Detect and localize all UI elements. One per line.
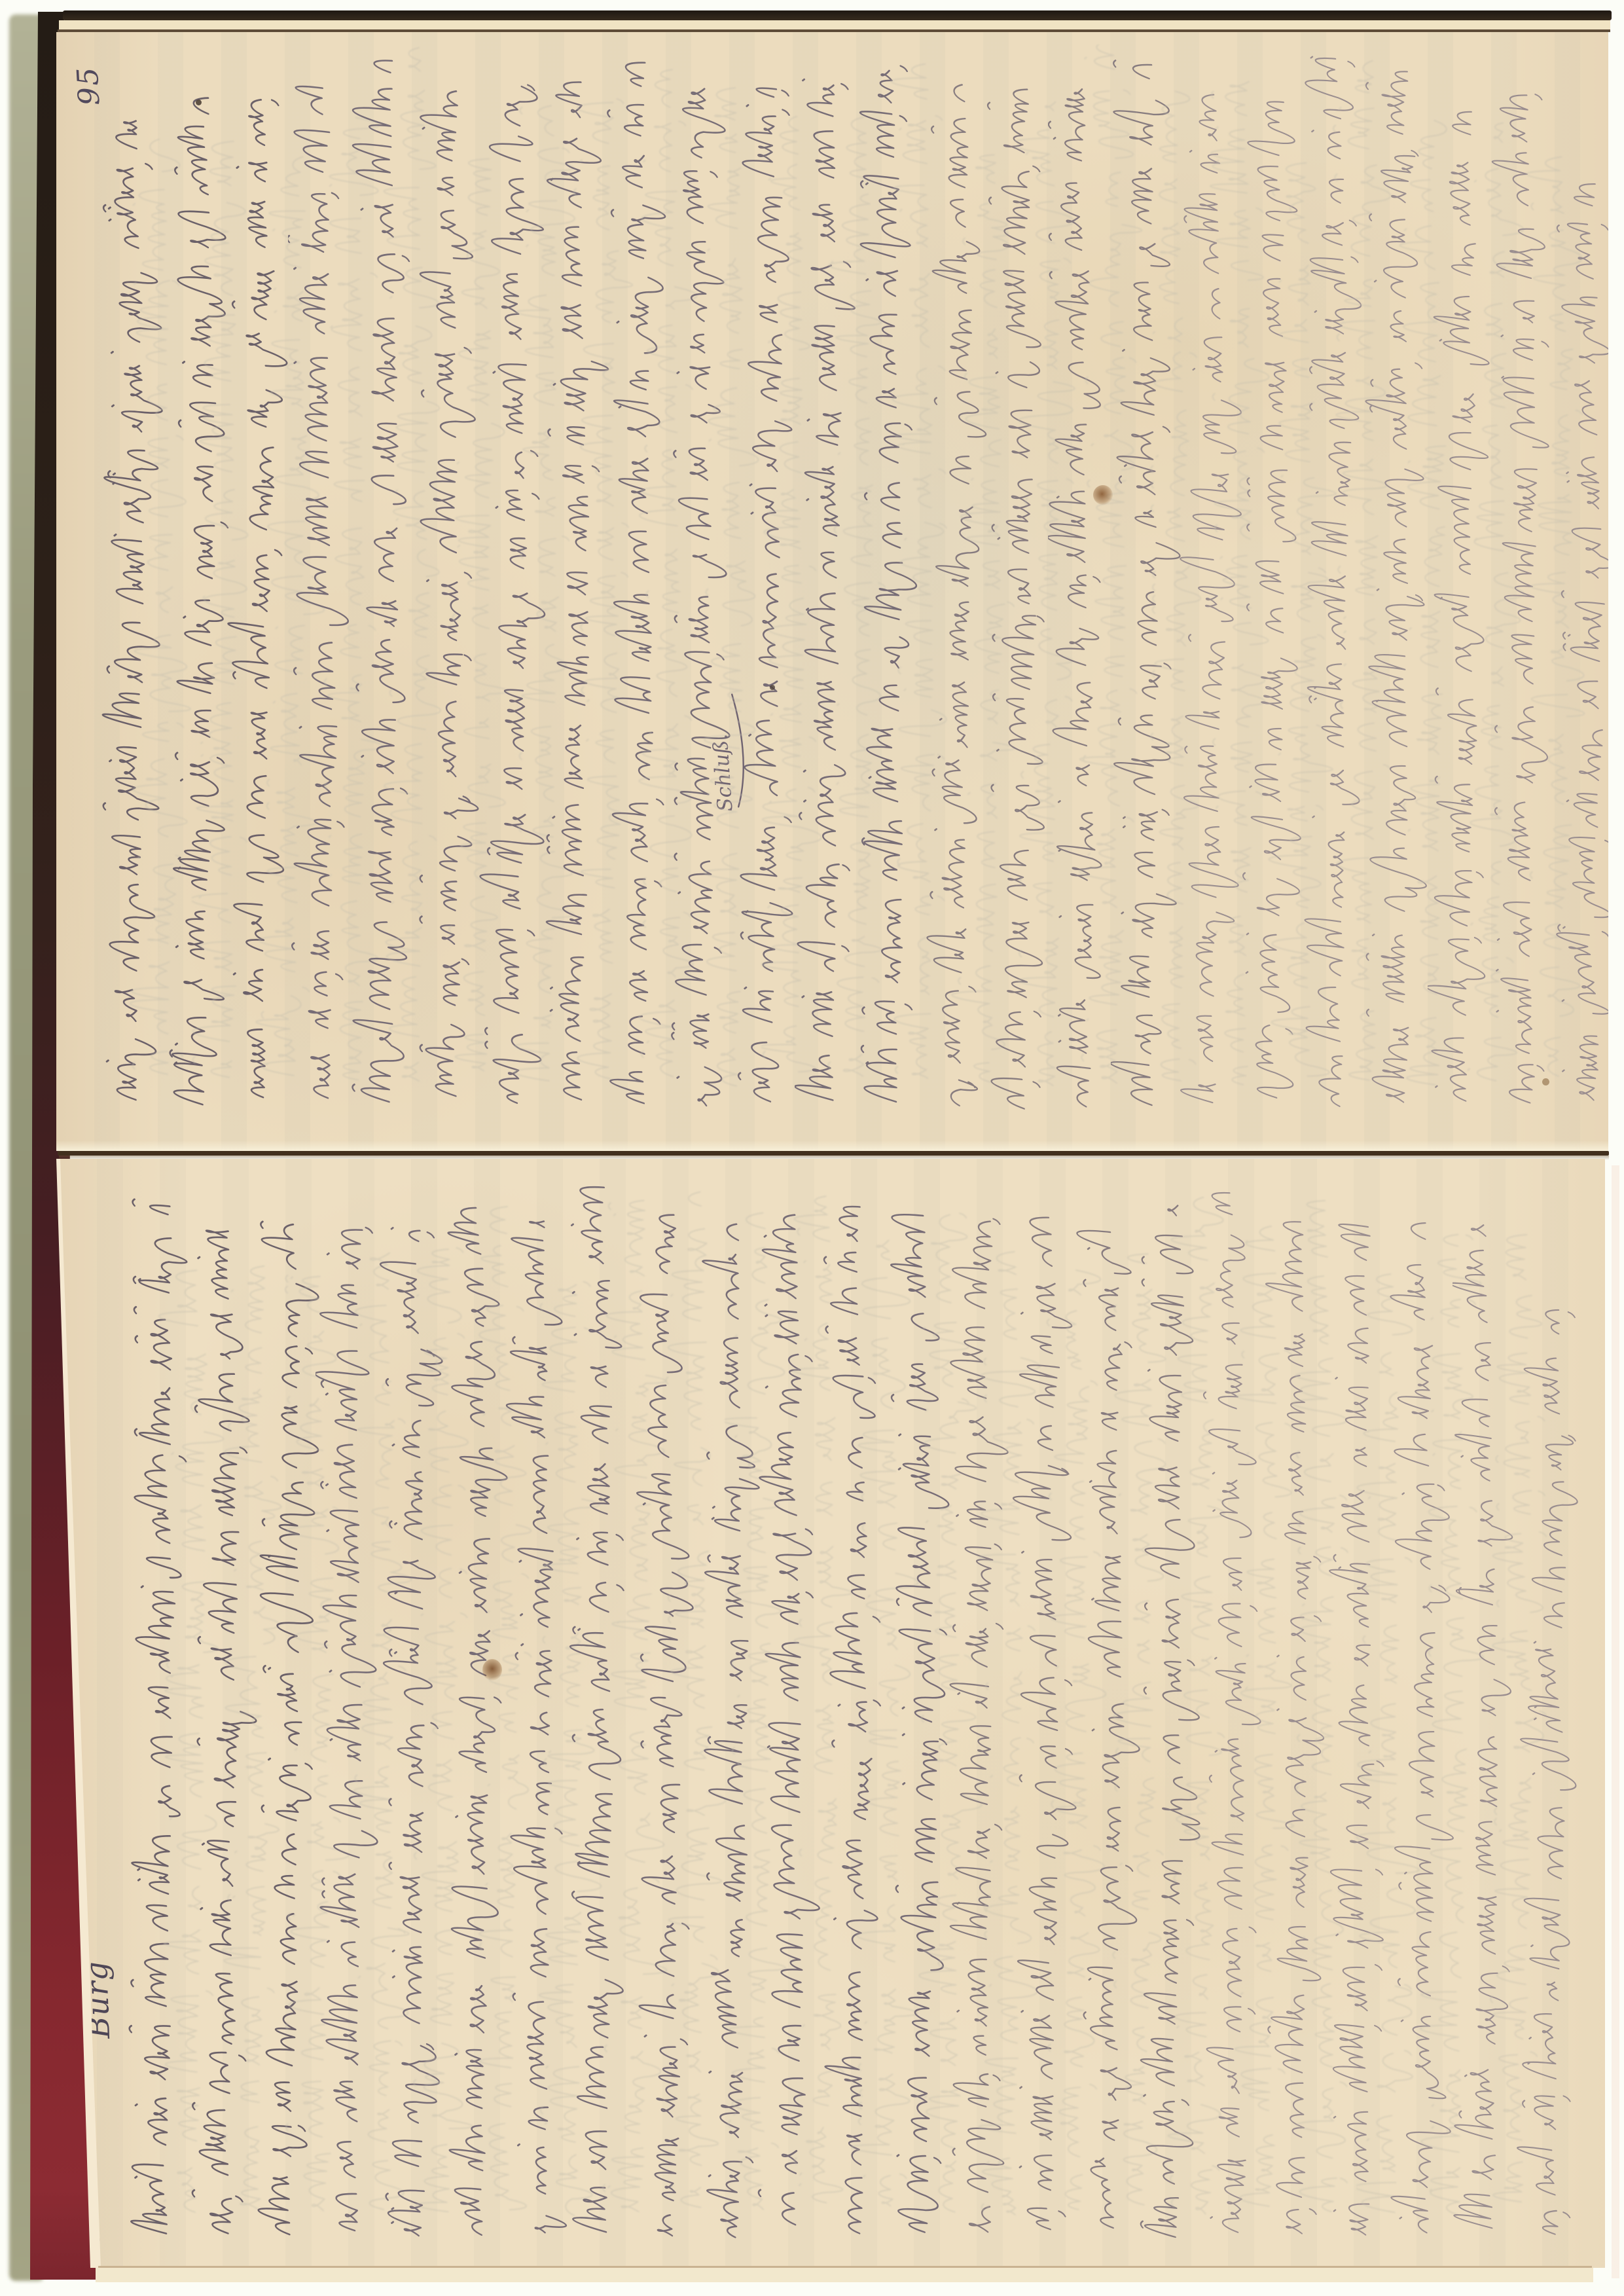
page-edge-sliver-right <box>1612 1165 1619 2278</box>
scanned-book-spread: 95 Schluß. 94 Burg <box>0 0 1624 2296</box>
page-94-content: 94 Burg <box>60 1159 1605 2268</box>
ink-stain <box>482 1659 502 1681</box>
page-edge-sliver-bottom <box>96 2268 1593 2282</box>
foxing-spot <box>1542 1078 1549 1085</box>
page-95-content: 95 Schluß. <box>56 32 1608 1149</box>
page-94: 94 Burg <box>60 1159 1605 2268</box>
page-edge-sliver-top <box>59 20 1610 29</box>
handwriting-line <box>1554 176 1608 1108</box>
foxing-spot <box>770 685 775 690</box>
gutter-crease <box>58 1151 1609 1156</box>
ink-stain <box>1093 485 1113 505</box>
page-95: 95 Schluß. <box>56 32 1608 1151</box>
page-stack-edge-top <box>63 10 1612 20</box>
foxing-spot <box>196 100 202 105</box>
handwriting-line <box>1515 1302 1589 2240</box>
page-number-95: 95 <box>71 65 106 107</box>
